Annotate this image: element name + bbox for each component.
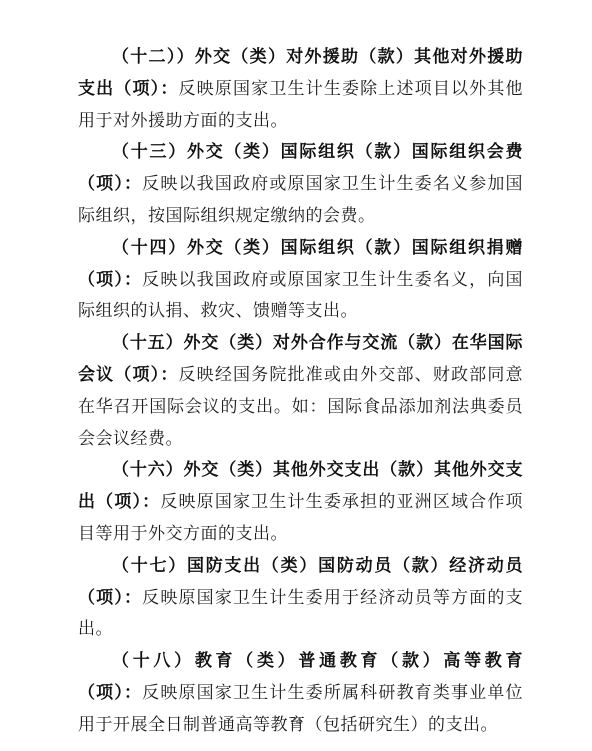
page-number: 74 [0,715,592,727]
paragraph: （十七）国防支出（类）国防动员（款）经济动员（项）：反映原国家卫生计生委用于经济… [78,550,523,645]
paragraph-body: 反映原国家卫生计生委用于经济动员等方面的支出。 [78,588,523,639]
paragraph: （十四）外交（类）国际组织（款）国际组织捐赠（项）：反映以我国政府或原国家卫生计… [78,232,523,327]
document-content: （十二））外交（类）对外援助（款）其他对外援助支出（项）：反映原国家卫生计生委除… [78,41,523,741]
paragraph: （十三）外交（类）国际组织（款）国际组织会费（项）：反映以我国政府或原国家卫生计… [78,136,523,231]
paragraph: （十五）外交（类）对外合作与交流（款）在华国际会议（项）：反映经国务院批准或由外… [78,327,523,454]
paragraph: （十六）外交（类）其他外交支出（款）其他外交支出（项）：反映原国家卫生计生委承担… [78,454,523,549]
paragraph: （十二））外交（类）对外援助（款）其他对外援助支出（项）：反映原国家卫生计生委除… [78,41,523,136]
paragraph-body: 反映以我国政府或原国家卫生计生委名义，向国际组织的认捐、救灾、馈赠等支出。 [78,270,523,321]
document-page: （十二））外交（类）对外援助（款）其他对外援助支出（项）：反映原国家卫生计生委除… [0,0,592,751]
paragraph-body: 反映以我国政府或原国家卫生计生委名义参加国际组织，按国际组织规定缴纳的会费。 [78,174,523,225]
